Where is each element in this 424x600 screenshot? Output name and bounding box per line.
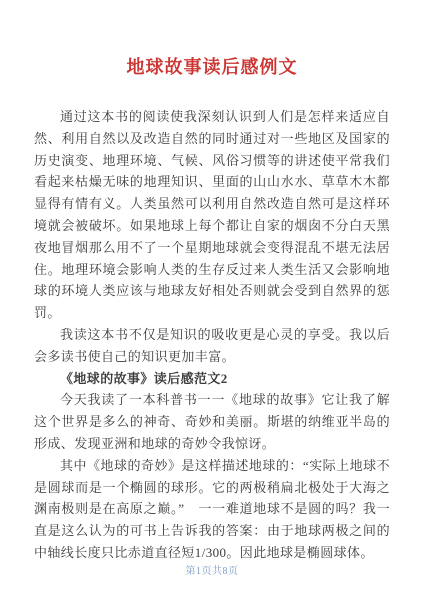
section-subtitle: 《地球的故事》读后感范文2 (34, 368, 390, 390)
paragraph-4: 其中《地球的奇妙》是这样描述地球的：“实际上地球不是圆球而是一个椭圆的球形。它的… (34, 455, 390, 564)
document-title: 地球故事读后感例文 (0, 0, 424, 79)
document-page: 地球故事读后感例文 通过这本书的阅读使我深刻认识到人们是怎样来适应自然、利用自然… (0, 0, 424, 600)
paragraph-2: 我读这本书不仅是知识的吸收更是心灵的享受。我以后会多读书使自己的知识更加丰富。 (34, 324, 390, 368)
paragraph-1: 通过这本书的阅读使我深刻认识到人们是怎样来适应自然、利用自然以及改造自然的同时通… (34, 106, 390, 324)
page-number-footer: 第1页共8页 (0, 562, 424, 577)
document-body: 通过这本书的阅读使我深刻认识到人们是怎样来适应自然、利用自然以及改造自然的同时通… (34, 106, 390, 564)
paragraph-3: 今天我读了一本科普书一一《地球的故事》它让我了解这个世界是多么的神奇、奇妙和美丽… (34, 389, 390, 454)
